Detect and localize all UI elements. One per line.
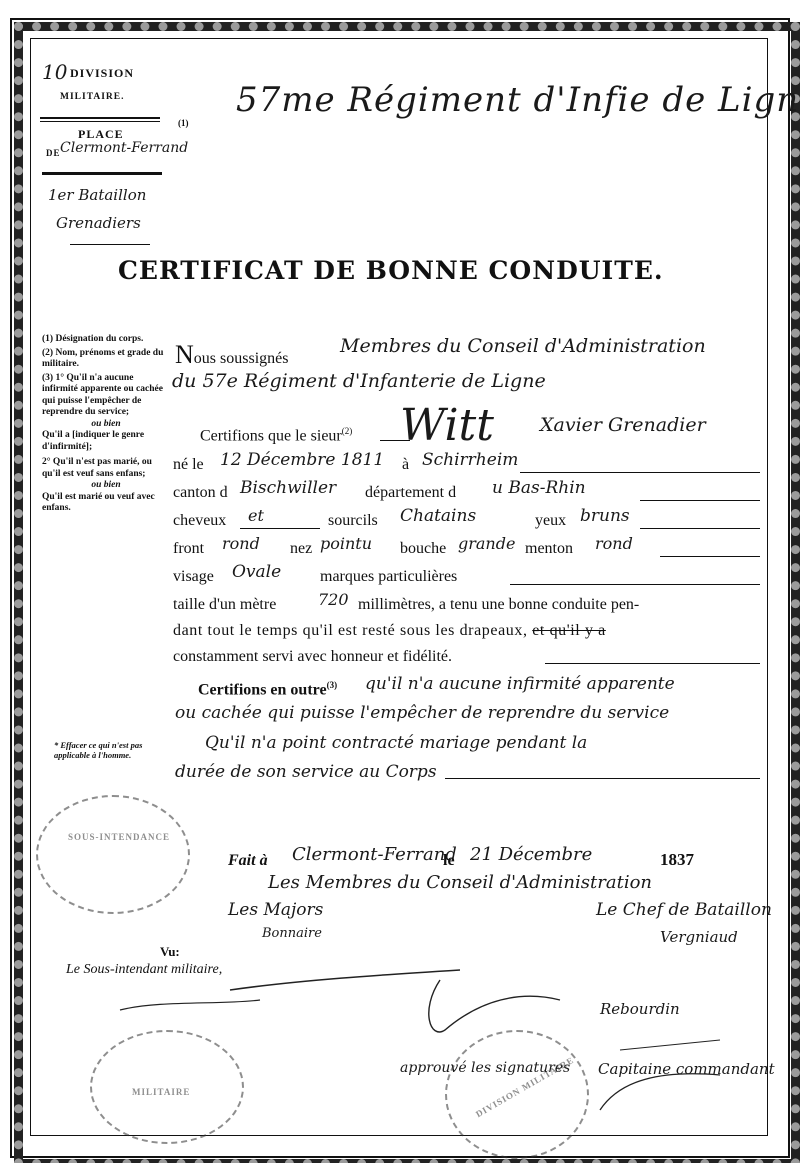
taille-label: taille d'un mètre bbox=[173, 596, 276, 614]
note-3c-or: ou bien bbox=[42, 480, 170, 492]
note-3d: Qu'il est marié ou veuf avec enfans. bbox=[42, 492, 170, 515]
signatories-line: Les Membres du Conseil d'Administration bbox=[268, 872, 652, 893]
regiment-handwritten: 57me Régiment d'Infie de Ligne bbox=[236, 80, 800, 120]
bouche-label: bouche bbox=[400, 540, 446, 558]
fill-line bbox=[520, 472, 760, 473]
nous-value-1: Membres du Conseil d'Administration bbox=[340, 335, 706, 357]
departement-label: département d bbox=[365, 484, 456, 502]
divider bbox=[40, 121, 160, 122]
divider bbox=[70, 244, 150, 245]
outre-value-1: qu'il n'a aucune infirmité apparente bbox=[365, 674, 675, 694]
ne-le-label: né le bbox=[173, 456, 204, 474]
soldier-firstname-grade: Xavier Grenadier bbox=[540, 414, 706, 436]
division-number: 10 bbox=[42, 60, 67, 84]
signature-majors: Les Majors bbox=[228, 900, 323, 920]
fait-date: 21 Décembre bbox=[470, 844, 592, 865]
battalion-line-2: Grenadiers bbox=[56, 214, 141, 232]
stamp-right: DIVISION MILITAIRE bbox=[445, 1030, 589, 1159]
nez-label: nez bbox=[290, 540, 312, 558]
visage-label: visage bbox=[173, 568, 214, 586]
fill-line bbox=[640, 528, 760, 529]
yeux-label: yeux bbox=[535, 512, 566, 530]
certificate-title: CERTIFICAT DE BONNE CONDUITE. bbox=[118, 256, 664, 285]
fill-line bbox=[545, 663, 760, 664]
outre-value-3: Qu'il n'a point contracté mariage pendan… bbox=[205, 733, 587, 753]
fill-line bbox=[640, 500, 760, 501]
departement-value: u Bas-Rhin bbox=[492, 478, 586, 498]
footnote-marker: (1) bbox=[178, 118, 189, 128]
outre-label: Certifions en outre(3) bbox=[198, 680, 337, 699]
stamp-left-top: SOUS-INTENDANCE bbox=[36, 795, 190, 914]
canton-label: canton d bbox=[173, 484, 228, 502]
fait-label: Fait à bbox=[228, 852, 268, 870]
signature-chef-bataillon: Le Chef de Bataillon bbox=[596, 900, 772, 920]
note-3a: (3) 1° Qu'il n'a aucune infirmité appare… bbox=[42, 373, 170, 419]
cheveux-value: et bbox=[248, 506, 264, 525]
taille-rest: millimètres, a tenu une bonne conduite p… bbox=[358, 596, 639, 614]
fill-line bbox=[510, 584, 760, 585]
nous-label: Nous soussignés bbox=[175, 340, 288, 370]
de-label: DE bbox=[46, 148, 61, 158]
sourcils-label: sourcils bbox=[328, 512, 378, 530]
bouche-value: grande bbox=[458, 534, 515, 553]
nous-label-text: ous soussignés bbox=[194, 350, 289, 367]
taille-value: 720 bbox=[318, 590, 349, 609]
side-notes: (1) Désignation du corps. (2) Nom, préno… bbox=[42, 334, 170, 515]
line-constamment: constamment servi avec honneur et fidéli… bbox=[173, 648, 452, 666]
fill-line bbox=[240, 528, 320, 529]
canton-value: Bischwiller bbox=[240, 478, 336, 498]
year: 1837 bbox=[660, 850, 694, 870]
front-label: front bbox=[173, 540, 204, 558]
yeux-value: bruns bbox=[580, 506, 630, 526]
divider bbox=[40, 117, 160, 119]
signature-misc-2: Vergniaud bbox=[660, 928, 738, 946]
le-label: le bbox=[443, 852, 455, 870]
birth-place: Schirrheim bbox=[422, 450, 518, 470]
vu-label: Vu: bbox=[160, 944, 180, 960]
divider bbox=[42, 172, 162, 175]
cheveux-label: cheveux bbox=[173, 512, 226, 530]
line-dant: dant tout le temps qu'il est resté sous … bbox=[173, 622, 606, 640]
note-3b: Qu'il a [indiquer le genre d'infirmité]; bbox=[42, 430, 170, 453]
visage-value: Ovale bbox=[232, 562, 281, 582]
note-3a-or: ou bien bbox=[42, 419, 170, 431]
sourcils-value: Chatains bbox=[400, 506, 476, 526]
battalion-line-1: 1er Bataillon bbox=[48, 186, 146, 204]
certificate-page: 10 DIVISION MILITAIRE. PLACE DE Clermont… bbox=[0, 0, 800, 1163]
place-value: Clermont-Ferrand bbox=[60, 140, 188, 156]
signature-misc-1: Bonnaire bbox=[262, 926, 322, 941]
menton-value: rond bbox=[595, 534, 633, 553]
note-1: (1) Désignation du corps. bbox=[42, 334, 170, 346]
note-2: (2) Nom, prénoms et grade du militaire. bbox=[42, 348, 170, 371]
nez-value: pointu bbox=[320, 534, 372, 553]
marques-label: marques particulières bbox=[320, 568, 457, 586]
fill-line bbox=[660, 556, 760, 557]
fait-place: Clermont-Ferrand bbox=[292, 844, 457, 865]
outre-value-2: ou cachée qui puisse l'empêcher de repre… bbox=[175, 703, 669, 723]
note-3c: 2° Qu'il n'est pas marié, ou qu'il est v… bbox=[42, 457, 170, 480]
militaire-label: MILITAIRE. bbox=[60, 92, 124, 102]
asterisk-note: * Effacer ce qui n'est pas applicable à … bbox=[54, 740, 178, 760]
birth-date: 12 Décembre 1811 bbox=[220, 450, 384, 470]
certifions-label: Certifions que le sieur(2) bbox=[200, 426, 352, 445]
struck-text: et qu'il y a bbox=[532, 622, 606, 639]
outre-value-4: durée de son service au Corps bbox=[175, 762, 437, 782]
division-label: DIVISION bbox=[70, 66, 134, 81]
stamp-left-bottom: MILITAIRE bbox=[90, 1030, 244, 1144]
fill-line bbox=[445, 778, 760, 779]
nous-value-2: du 57e Régiment d'Infanterie de Ligne bbox=[172, 370, 546, 392]
menton-label: menton bbox=[525, 540, 573, 558]
a-label: à bbox=[402, 456, 409, 474]
soldier-name: Witt bbox=[400, 400, 494, 451]
front-value: rond bbox=[222, 534, 260, 553]
